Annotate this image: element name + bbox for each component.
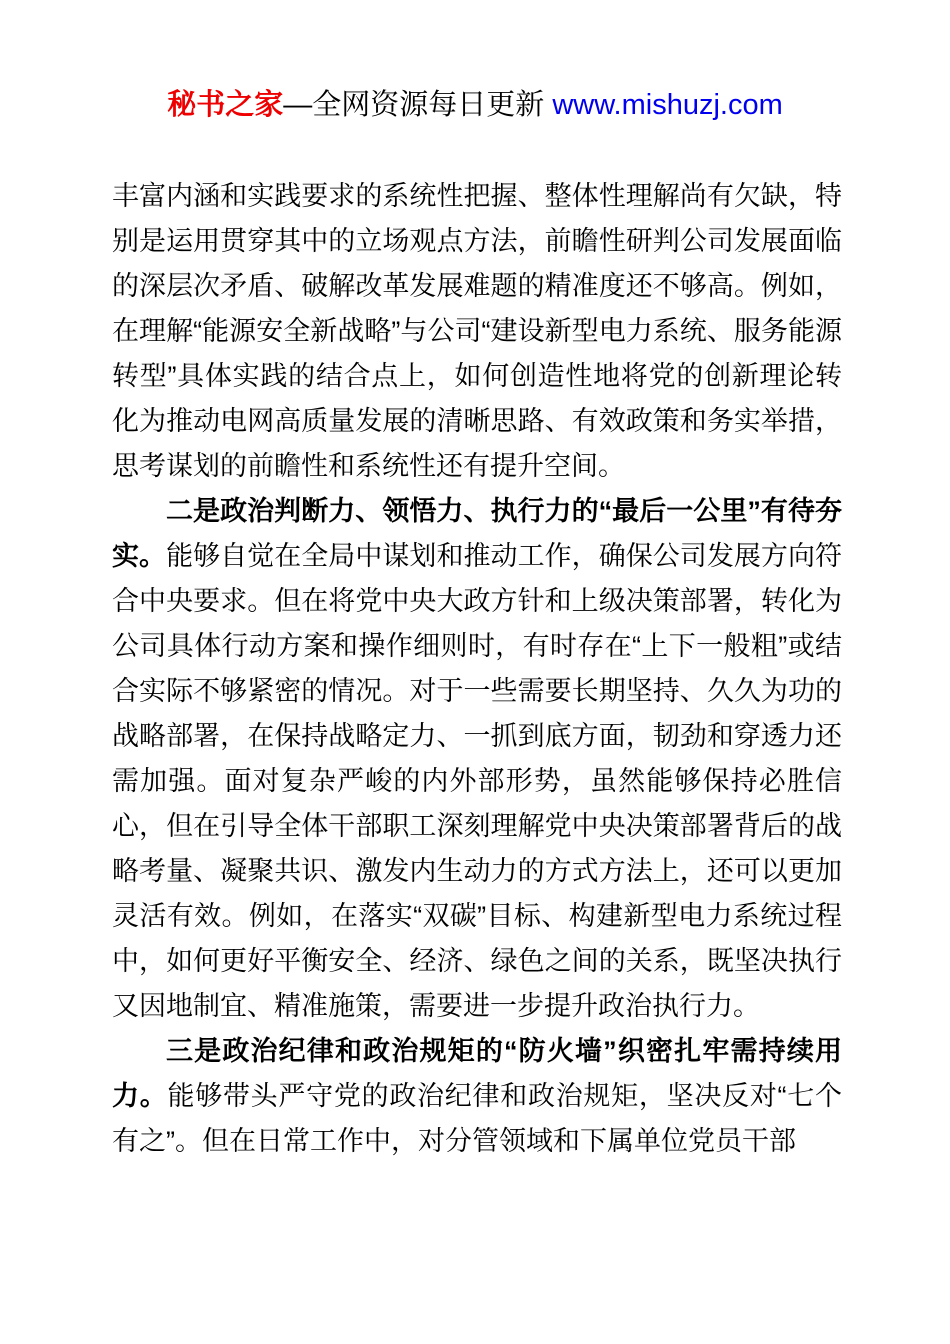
- paragraph-point-three: 三是政治纪律和政治规矩的“防火墙”织密扎牢需持续用力。能够带头严守党的政治纪律和…: [112, 1029, 842, 1164]
- paragraph-text: 能够自觉在全局中谋划和推动工作，确保公司发展方向符合中央要求。但在将党中央大政方…: [112, 541, 842, 1021]
- paragraph-point-two: 二是政治判断力、领悟力、执行力的“最后一公里”有待夯实。能够自觉在全局中谋划和推…: [112, 489, 842, 1029]
- site-url-link[interactable]: www.mishuzj.com: [552, 89, 782, 121]
- header-tagline: —全网资源每日更新: [283, 89, 552, 121]
- paragraph-text: 丰富内涵和实践要求的系统性把握、整体性理解尚有欠缺，特别是运用贯穿其中的立场观点…: [112, 181, 842, 481]
- document-body: 丰富内涵和实践要求的系统性把握、整体性理解尚有欠缺，特别是运用贯穿其中的立场观点…: [112, 174, 842, 1164]
- site-name: 秘书之家: [167, 89, 283, 121]
- paragraph-continuation: 丰富内涵和实践要求的系统性把握、整体性理解尚有欠缺，特别是运用贯穿其中的立场观点…: [112, 174, 842, 489]
- paragraph-text: 能够带头严守党的政治纪律和政治规矩，坚决反对“七个有之”。但在日常工作中，对分管…: [112, 1081, 842, 1156]
- document-page: 秘书之家—全网资源每日更新 www.mishuzj.com 丰富内涵和实践要求的…: [0, 0, 950, 1344]
- header-banner: 秘书之家—全网资源每日更新 www.mishuzj.com: [0, 88, 950, 122]
